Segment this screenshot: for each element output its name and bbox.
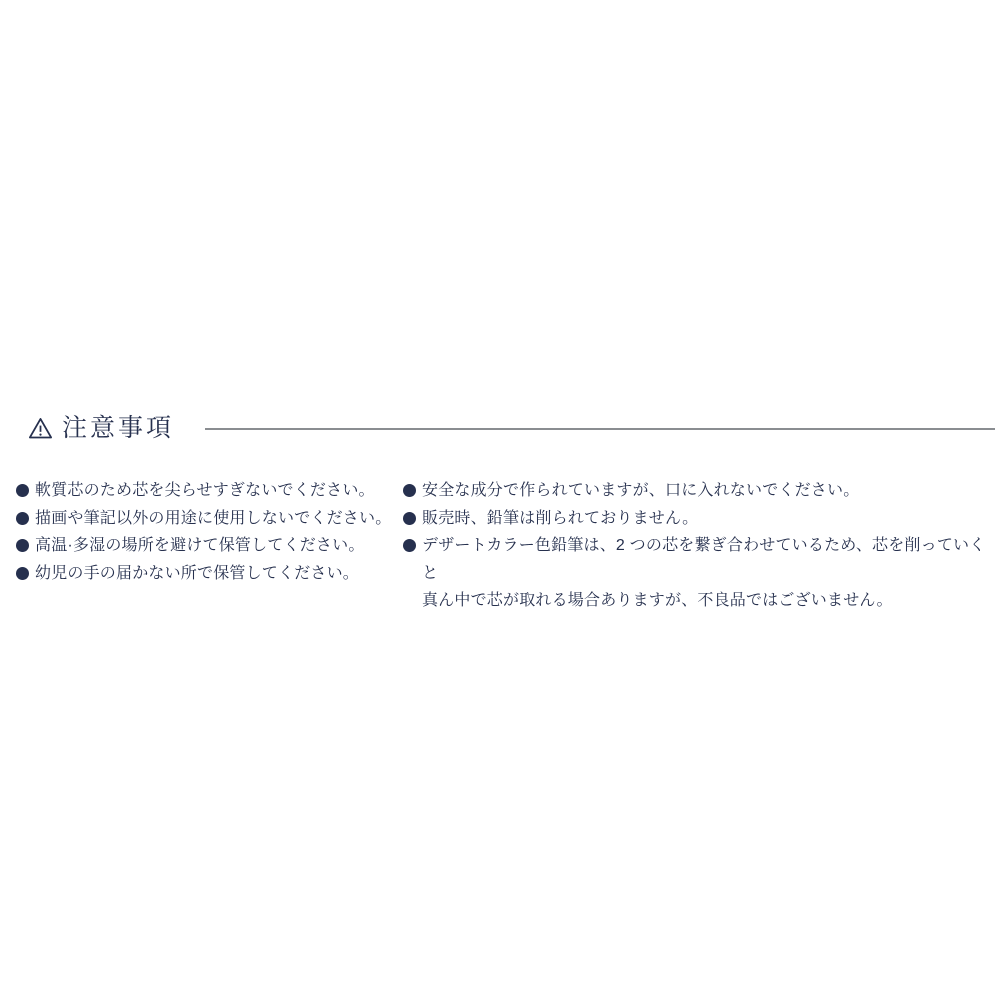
caution-text-line1: デザートカラー色鉛筆は、2 つの芯を繋ぎ合わせているため、芯を削っていくと xyxy=(422,537,985,582)
caution-item: 軟質芯のため芯を尖らせすぎないでください。 xyxy=(16,477,403,505)
bullet-icon xyxy=(16,567,29,580)
caution-item: 高温·多湿の場所を避けて保管してください。 xyxy=(16,532,403,560)
caution-header: 注意事項 xyxy=(28,413,995,443)
caution-text-line2: 真ん中で芯が取れる場合ありますが、不良品ではございません。 xyxy=(422,592,893,609)
caution-item: 描画や筆記以外の用途に使用しないでください。 xyxy=(16,505,403,533)
caution-item: 販売時、鉛筆は削られておりません。 xyxy=(403,505,999,533)
caution-list-right: 安全な成分で作られていますが、口に入れないでください。 販売時、鉛筆は削られてお… xyxy=(403,477,999,615)
caution-text: デザートカラー色鉛筆は、2 つの芯を繋ぎ合わせているため、芯を削っていくと 真ん… xyxy=(422,532,999,615)
caution-text: 軟質芯のため芯を尖らせすぎないでください。 xyxy=(35,477,375,505)
bullet-icon xyxy=(403,512,416,525)
caution-text: 幼児の手の届かない所で保管してください。 xyxy=(35,560,359,588)
bullet-icon xyxy=(16,539,29,552)
bullet-icon xyxy=(16,484,29,497)
caution-text: 安全な成分で作られていますが、口に入れないでください。 xyxy=(422,477,859,505)
bullet-icon xyxy=(16,512,29,525)
caution-item: 幼児の手の届かない所で保管してください。 xyxy=(16,560,403,588)
caution-item: 安全な成分で作られていますが、口に入れないでください。 xyxy=(403,477,999,505)
section-title: 注意事項 xyxy=(62,413,174,443)
header-divider-line xyxy=(205,428,995,430)
caution-text: 販売時、鉛筆は削られておりません。 xyxy=(422,505,698,533)
bullet-icon xyxy=(403,484,416,497)
notes-columns: 軟質芯のため芯を尖らせすぎないでください。 描画や筆記以外の用途に使用しないでく… xyxy=(16,477,999,615)
caution-list-left: 軟質芯のため芯を尖らせすぎないでください。 描画や筆記以外の用途に使用しないでく… xyxy=(16,477,403,587)
caution-sheet: 注意事項 軟質芯のため芯を尖らせすぎないでください。 描画や筆記以外の用途に使用… xyxy=(0,0,1000,1000)
bullet-icon xyxy=(403,539,416,552)
caution-text: 高温·多湿の場所を避けて保管してください。 xyxy=(35,532,365,560)
warning-triangle-icon xyxy=(28,415,53,442)
caution-text: 描画や筆記以外の用途に使用しないでください。 xyxy=(35,505,391,533)
caution-item: デザートカラー色鉛筆は、2 つの芯を繋ぎ合わせているため、芯を削っていくと 真ん… xyxy=(403,532,999,615)
